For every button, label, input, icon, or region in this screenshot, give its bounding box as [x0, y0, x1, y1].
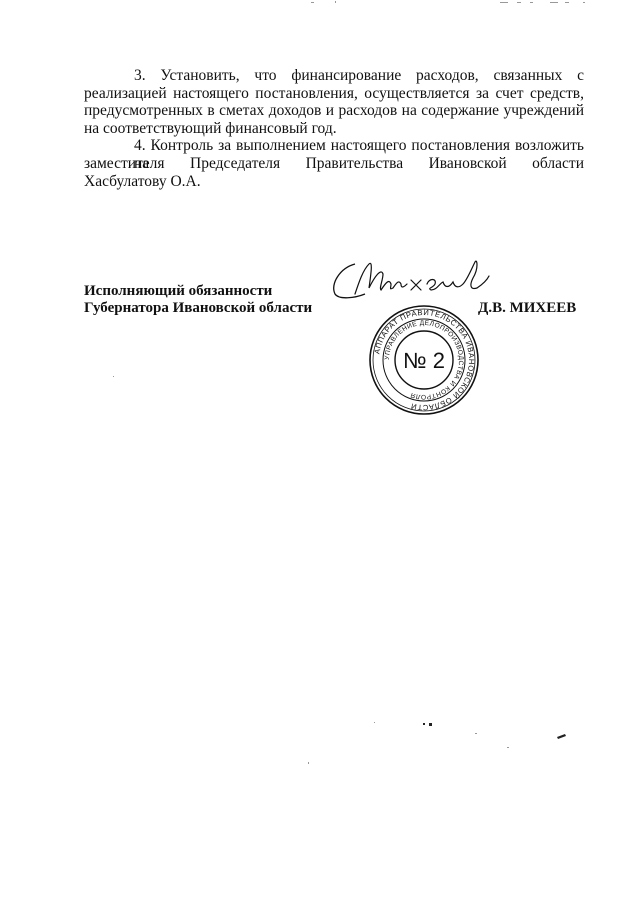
paragraph-4-line-2: заместителя Председателя Правительства И…	[84, 155, 584, 173]
paragraph-3: 3. Установить, что финансирование расход…	[84, 67, 584, 137]
position-line-1: Исполняющий обязанности	[84, 283, 312, 300]
paragraph-3-line-3: предусмотренных в сметах доходов и расхо…	[84, 102, 584, 120]
handwritten-signature	[325, 254, 495, 304]
paragraph-3-line-1: 3. Установить, что финансирование расход…	[84, 67, 584, 85]
paragraph-4: 4. Контроль за выполнением настоящего по…	[84, 137, 584, 190]
document-page: 3. Установить, что финансирование расход…	[0, 0, 640, 905]
official-stamp: АППАРАТ ПРАВИТЕЛЬСТВА ИВАНОВСКОЙ ОБЛАСТИ…	[368, 304, 480, 416]
stamp-number: № 2	[403, 348, 445, 373]
position-line-2: Губернатора Ивановской области	[84, 300, 312, 317]
paragraph-4-line-1: 4. Контроль за выполнением настоящего по…	[84, 137, 584, 155]
paragraph-3-line-4: на соответствующий финансовый год.	[84, 120, 584, 138]
signatory-position: Исполняющий обязанности Губернатора Иван…	[84, 283, 312, 317]
paragraph-3-line-2: реализацией настоящего постановления, ос…	[84, 85, 584, 103]
paragraph-4-line-3: Хасбулатову О.А.	[84, 173, 584, 191]
